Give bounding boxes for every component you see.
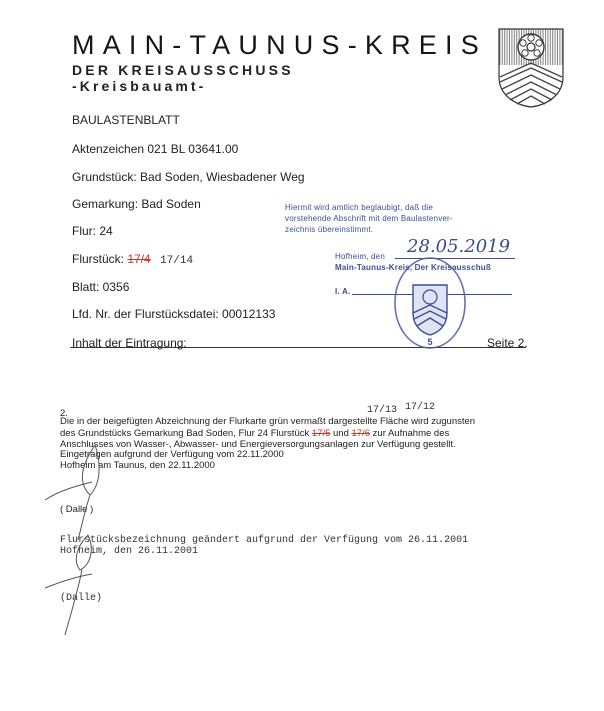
- aktenzeichen: Aktenzeichen 021 BL 03641.00: [72, 142, 238, 156]
- document-heading: BAULASTENBLATT: [72, 113, 180, 127]
- authority-subtitle: DER KREISAUSSCHUSS: [72, 62, 294, 78]
- grundstueck: Grundstück: Bad Soden, Wiesbadener Weg: [72, 170, 305, 184]
- stamp-ia: I. A.: [335, 287, 350, 296]
- entry-line: Die in der beigefügten Abzeichnung der F…: [60, 416, 475, 428]
- certification-line: vorstehende Abschrift mit dem Baulastenv…: [285, 213, 453, 224]
- department-name: -Kreisbauamt-: [72, 78, 206, 94]
- annotation-17-12: 17/12: [405, 402, 435, 413]
- flurstueck-new: 17/14: [160, 255, 193, 267]
- annotation-17-13: 17/13: [367, 405, 397, 416]
- struck-parcel: 17/5: [312, 428, 331, 439]
- flurstueck-label: Flurstück:: [72, 252, 124, 266]
- certification-text: Hiermit wird amtlich beglaubigt, daß die…: [285, 202, 453, 235]
- struck-parcel: 17/6: [352, 428, 371, 439]
- page-number: Seite 2.: [487, 336, 528, 350]
- flur: Flur: 24: [72, 224, 113, 238]
- gemarkung: Gemarkung: Bad Soden: [72, 197, 201, 211]
- entry-line: des Grundstücks Gemarkung Bad Soden, Flu…: [60, 428, 475, 440]
- blatt: Blatt: 0356: [72, 280, 129, 294]
- flurstueck-old: 17/4: [127, 252, 150, 266]
- stamp-place-label: Hofheim, den: [335, 252, 385, 261]
- authority-title: MAIN-TAUNUS-KREIS: [72, 30, 487, 61]
- lfd-nr: Lfd. Nr. der Flurstücksdatei: 00012133: [72, 307, 275, 321]
- certification-line: zeichnis übereinstimmt.: [285, 224, 453, 235]
- official-seal-icon: 5: [393, 247, 467, 351]
- seal-number: 5: [427, 337, 432, 347]
- flurstueck: Flurstück: 17/4 17/14: [72, 252, 193, 267]
- coat-of-arms-icon: [497, 27, 565, 109]
- signature-scribble-icon: [40, 440, 130, 640]
- certification-line: Hiermit wird amtlich beglaubigt, daß die: [285, 202, 453, 213]
